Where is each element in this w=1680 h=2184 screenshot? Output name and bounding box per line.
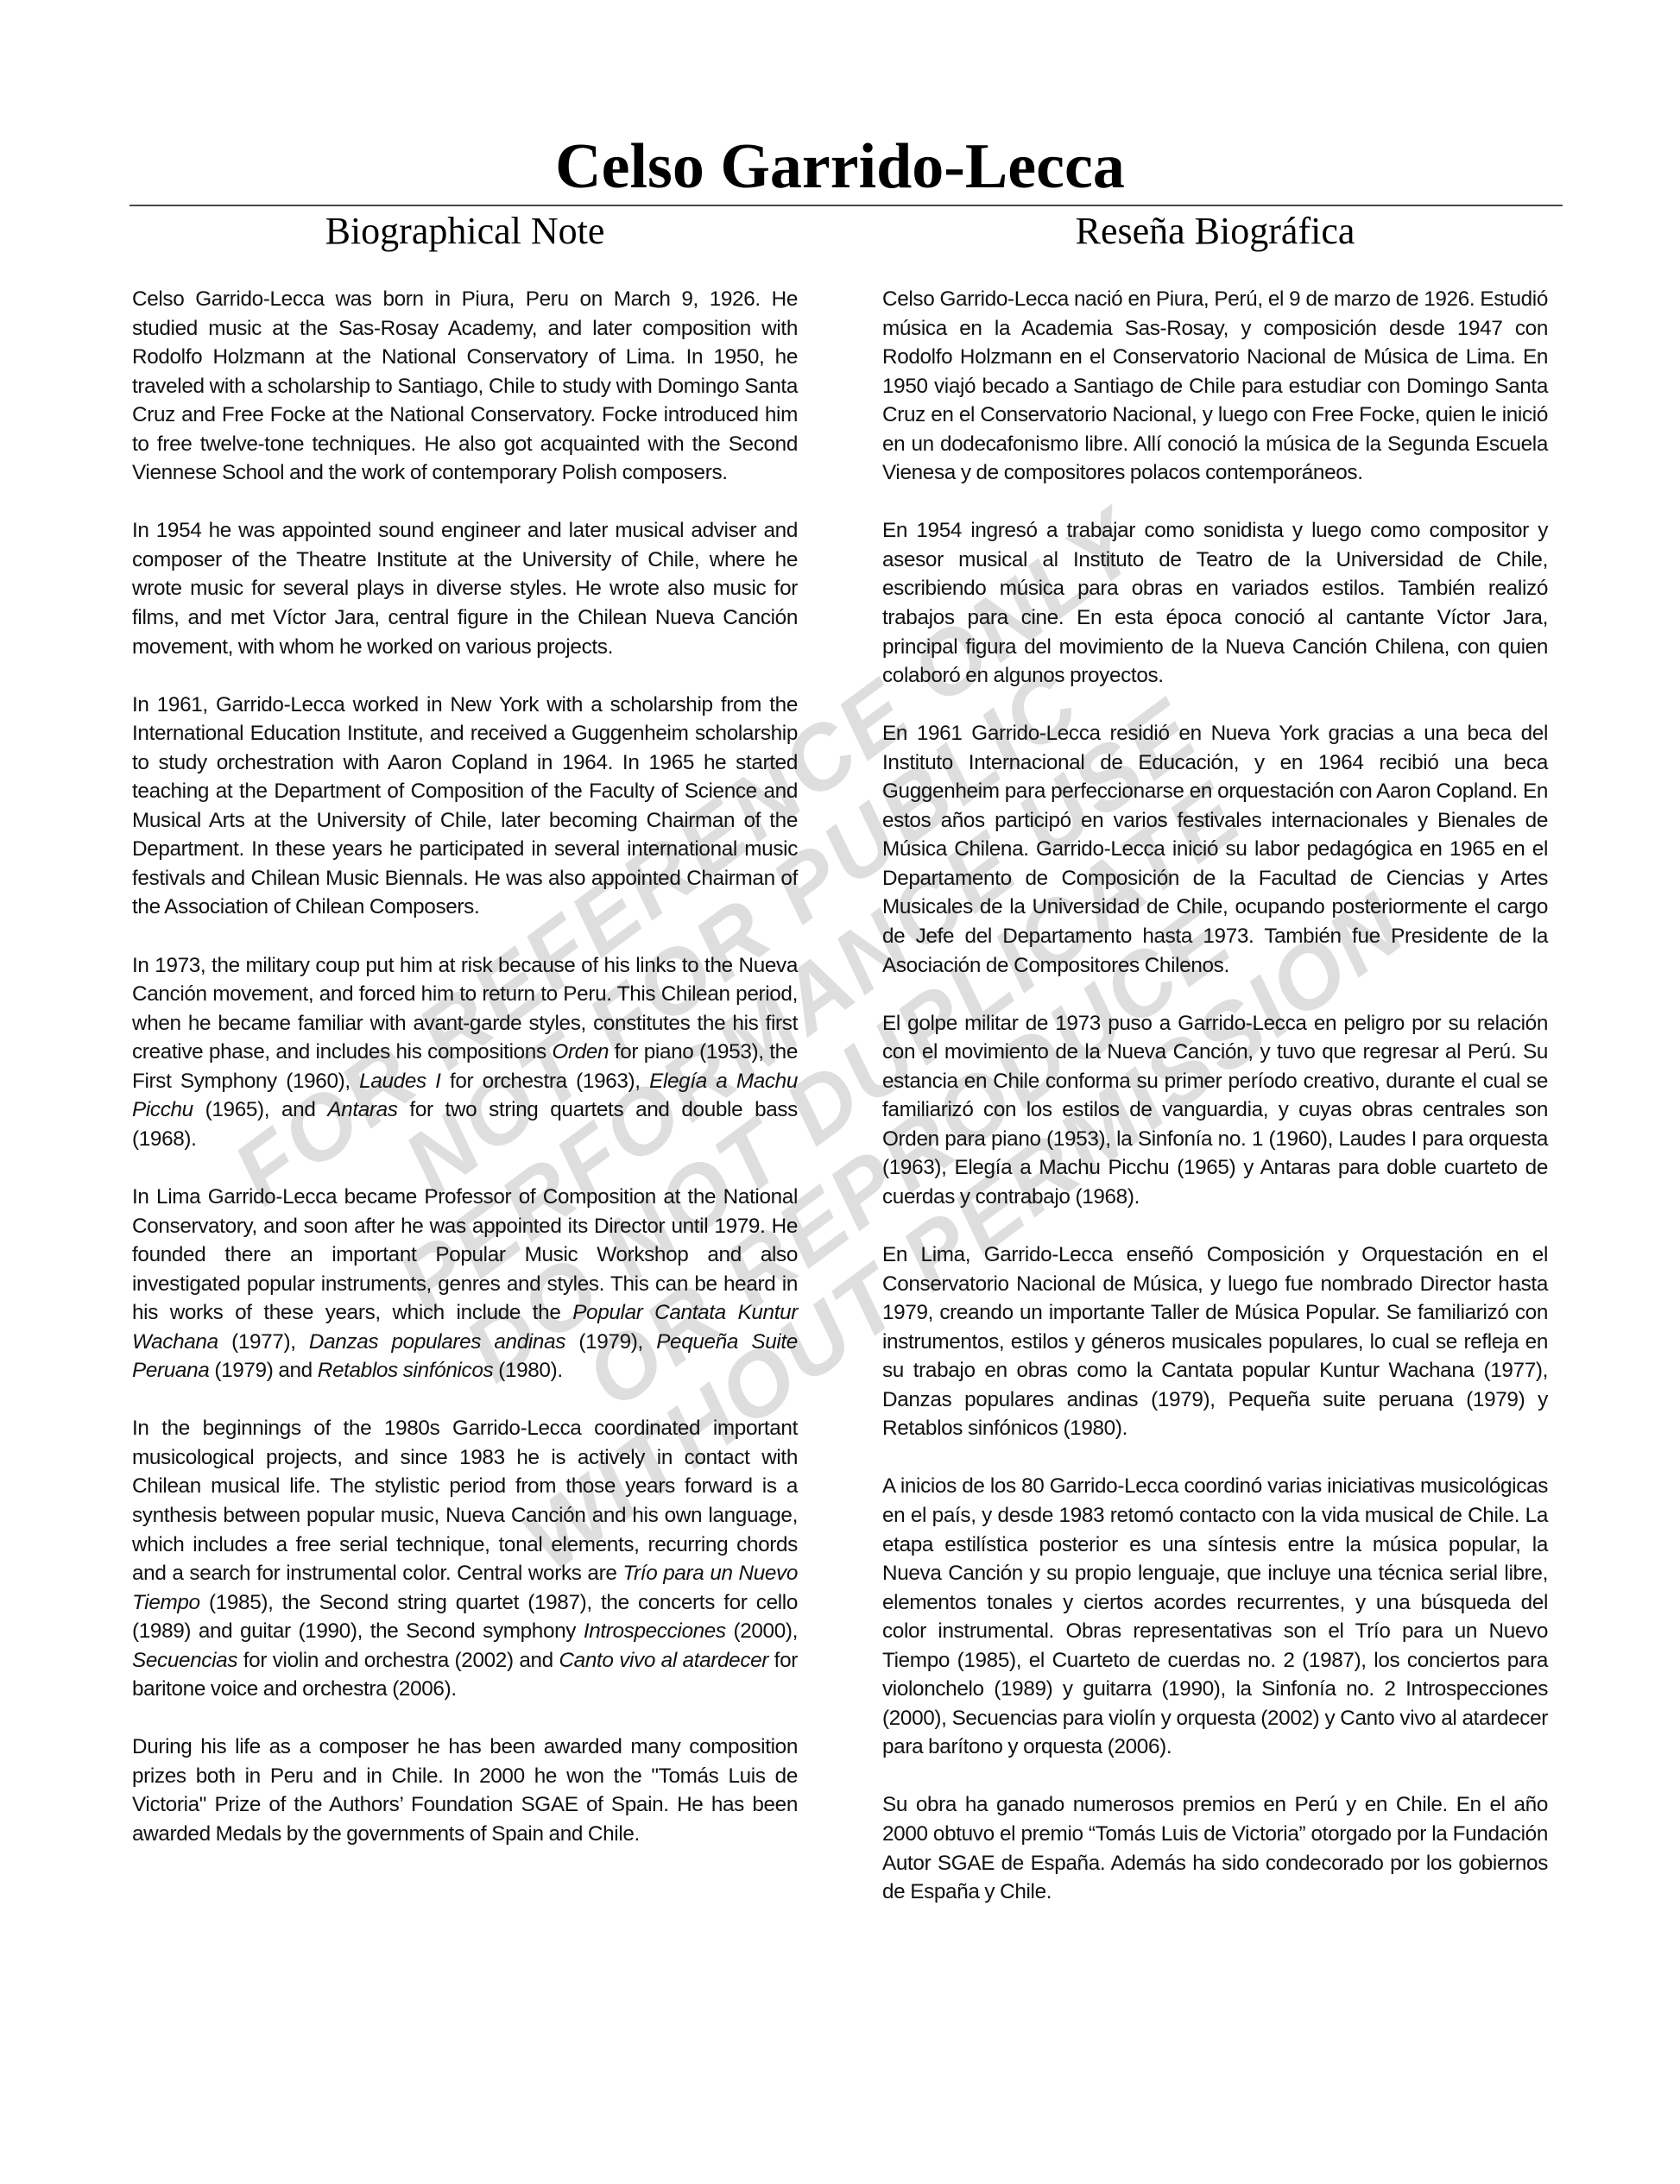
work-title: Secuencias [132, 1649, 237, 1672]
english-biography-column: Celso Garrido-Lecca was born in Piura, P… [132, 285, 798, 1849]
work-title: Canto vivo al atardecer [559, 1649, 768, 1672]
biography-paragraph: En 1954 ingresó a trabajar como sonidist… [882, 516, 1548, 690]
paragraph-text: En 1961 Garrido-Lecca residió en Nueva Y… [882, 722, 1548, 976]
biography-paragraph: In 1954 he was appointed sound engineer … [132, 516, 798, 661]
biography-paragraph: A inicios de los 80 Garrido-Lecca coordi… [882, 1472, 1548, 1761]
title-divider [129, 205, 1563, 206]
paragraph-text: Su obra ha ganado numerosos premios en P… [882, 1793, 1548, 1903]
biography-paragraph: Celso Garrido-Lecca nació en Piura, Perú… [882, 285, 1548, 488]
paragraph-text: En Lima, Garrido-Lecca enseñó Composició… [882, 1243, 1548, 1440]
paragraph-text: El golpe militar de 1973 puso a Garrido-… [882, 1012, 1548, 1209]
spanish-biography-column: Celso Garrido-Lecca nació en Piura, Perú… [882, 285, 1548, 1907]
paragraph-text: (1979), [565, 1330, 656, 1354]
biography-paragraph: In 1961, Garrido-Lecca worked in New Yor… [132, 691, 798, 922]
paragraph-text: for violin and orchestra (2002) and [237, 1649, 559, 1672]
paragraph-text: (1977), [218, 1330, 309, 1354]
biography-paragraph: En Lima, Garrido-Lecca enseñó Composició… [882, 1240, 1548, 1443]
english-column-heading: Biographical Note [132, 207, 798, 256]
work-title: Laudes I [359, 1070, 440, 1093]
biography-paragraph: Celso Garrido-Lecca was born in Piura, P… [132, 285, 798, 488]
work-title: Retablos sinfónicos [318, 1359, 494, 1382]
biography-paragraph: During his life as a composer he has bee… [132, 1733, 798, 1848]
paragraph-text: During his life as a composer he has bee… [132, 1735, 798, 1846]
biography-paragraph: In the beginnings of the 1980s Garrido-L… [132, 1414, 798, 1703]
paragraph-text: (1980). [493, 1359, 562, 1382]
paragraph-text: In the beginnings of the 1980s Garrido-L… [132, 1417, 798, 1585]
biography-paragraph: Su obra ha ganado numerosos premios en P… [882, 1790, 1548, 1906]
work-title: Danzas populares andinas [309, 1330, 565, 1354]
paragraph-text: Celso Garrido-Lecca nació en Piura, Perú… [882, 287, 1548, 484]
page-title: Celso Garrido-Lecca [0, 128, 1680, 205]
paragraph-text: A inicios de los 80 Garrido-Lecca coordi… [882, 1474, 1548, 1758]
work-title: Antaras [327, 1098, 397, 1121]
paragraph-text: (2000), [726, 1619, 798, 1643]
biography-paragraph: In 1973, the military coup put him at ri… [132, 951, 798, 1154]
work-title: Orden [552, 1040, 609, 1064]
paragraph-text: for orchestra (1963), [441, 1070, 650, 1093]
work-title: Introspecciones [584, 1619, 726, 1643]
paragraph-text: In 1954 he was appointed sound engineer … [132, 519, 798, 658]
biography-paragraph: El golpe militar de 1973 puso a Garrido-… [882, 1009, 1548, 1212]
paragraph-text: En 1954 ingresó a trabajar como sonidist… [882, 519, 1548, 687]
biography-paragraph: In Lima Garrido-Lecca became Professor o… [132, 1183, 798, 1386]
paragraph-text: (1979) and [209, 1359, 317, 1382]
paragraph-text: (1965), and [193, 1098, 327, 1121]
paragraph-text: Celso Garrido-Lecca was born in Piura, P… [132, 287, 798, 484]
biography-paragraph: En 1961 Garrido-Lecca residió en Nueva Y… [882, 719, 1548, 980]
spanish-column-heading: Reseña Biográfica [882, 207, 1548, 256]
paragraph-text: In 1961, Garrido-Lecca worked in New Yor… [132, 693, 798, 919]
